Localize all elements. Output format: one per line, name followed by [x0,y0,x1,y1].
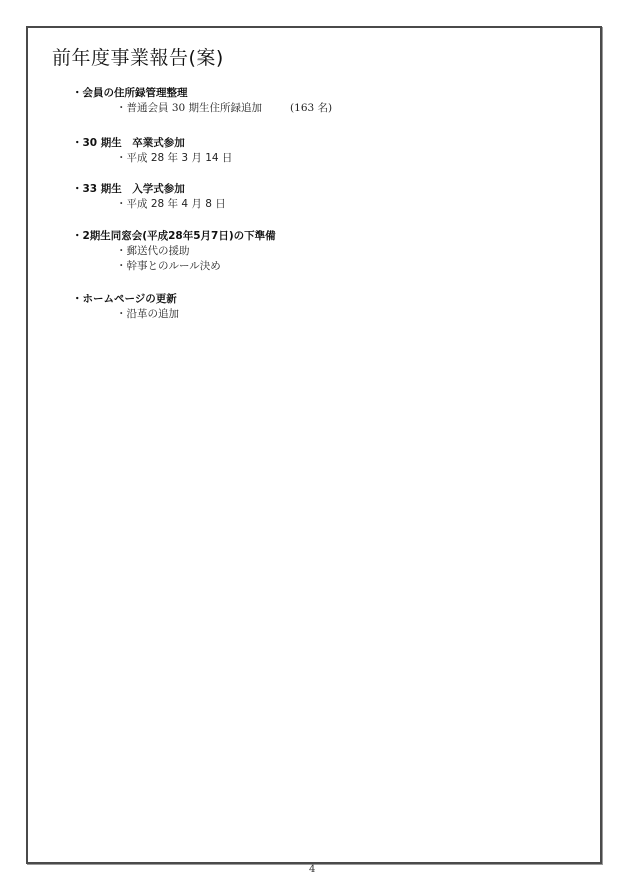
item-text: ・普通会員 30 期生住所録追加 [116,102,262,114]
item-note: (163 名) [290,101,332,116]
section-entrance: ・33 期生 入学式参加 ・平成 28 年 4 月 8 日 [72,182,226,212]
section-graduation: ・30 期生 卒業式参加 ・平成 28 年 3 月 14 日 [72,136,232,166]
section-item: ・幹事とのルール決め [116,259,276,274]
section-item: ・平成 28 年 3 月 14 日 [116,151,232,166]
section-heading: ・30 期生 卒業式参加 [72,136,232,151]
section-heading: ・2期生同窓会(平成28年5月7日)の下準備 [72,229,276,244]
section-reunion: ・2期生同窓会(平成28年5月7日)の下準備 ・郵送代の援助 ・幹事とのルール決… [72,229,276,274]
section-item: ・平成 28 年 4 月 8 日 [116,197,226,212]
section-homepage: ・ホームページの更新 ・沿革の追加 [72,292,179,322]
section-address-book: ・会員の住所録管理整理 ・普通会員 30 期生住所録追加(163 名) [72,86,332,116]
section-item: ・普通会員 30 期生住所録追加(163 名) [116,101,332,116]
section-heading: ・会員の住所録管理整理 [72,86,332,101]
document-title: 前年度事業報告(案) [52,43,224,70]
section-heading: ・33 期生 入学式参加 [72,182,226,197]
section-item: ・郵送代の援助 [116,244,276,259]
section-item: ・沿革の追加 [116,307,179,322]
page-number: 4 [309,864,315,875]
section-heading: ・ホームページの更新 [72,292,179,307]
